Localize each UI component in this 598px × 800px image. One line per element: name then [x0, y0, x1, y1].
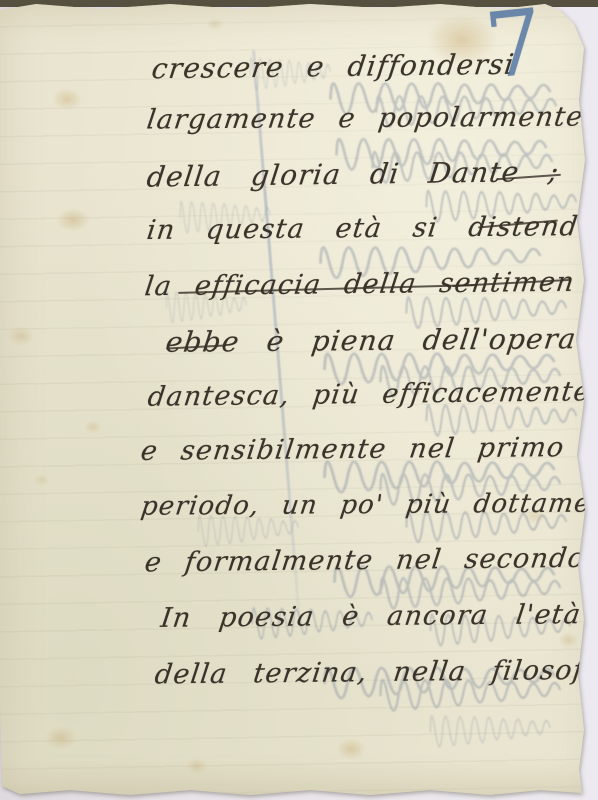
handwriting-text: della terzina, nella filosofia: [153, 655, 598, 691]
manuscript-line-2: largamente e popolarmente: [147, 101, 584, 135]
page-number: 7: [481, 0, 547, 93]
paper-sheet: crescere e diffondersi largamente e popo…: [0, 0, 598, 800]
scanned-document: crescere e diffondersi largamente e popo…: [0, 0, 598, 800]
paper-wrap: crescere e diffondersi largamente e popo…: [0, 0, 598, 800]
handwriting-text: crescere e diffondersi: [150, 48, 517, 85]
manuscript-line-11: In poesia è ancora l'età: [161, 599, 581, 634]
handwriting-text: largamente e popolarmente: [145, 101, 586, 135]
manuscript-line-8: e sensibilmente nel primo: [141, 432, 565, 467]
handwriting-text: in questa età si distende: [145, 211, 598, 246]
handwriting-text: e formalmente nel secondo.: [143, 543, 596, 579]
manuscript-line-10: e formalmente nel secondo.: [145, 543, 595, 579]
handwriting-text: della gloria di Dante ; tutto: [145, 153, 598, 193]
handwriting-text: In poesia è ancora l'età: [159, 599, 583, 634]
manuscript-line-12: della terzina, nella filosofia: [155, 655, 598, 691]
handwriting-text: e sensibilmente nel primo: [139, 432, 567, 467]
manuscript-line-3: della gloria di Dante ; tutto: [147, 153, 598, 193]
handwriting-text: ebbe è piena dell'opera: [164, 322, 579, 359]
manuscript-line-4: in questa età si distende: [147, 211, 596, 246]
manuscript-line-6: ebbe è piena dell'opera: [166, 322, 577, 359]
handwriting-text: periodo, un po' più dottamente: [139, 488, 598, 521]
handwriting-text: la efficacia della sentimen: [143, 267, 577, 303]
manuscript-line-5: la efficacia della sentimen: [145, 267, 575, 302]
manuscript-line-7: dantesca, più efficacemente: [148, 376, 591, 412]
manuscript-line-9: periodo, un po' più dottamente: [141, 488, 598, 521]
manuscript-line-1: crescere e diffondersi: [152, 48, 515, 85]
handwriting-text: dantesca, più efficacemente: [146, 376, 593, 412]
